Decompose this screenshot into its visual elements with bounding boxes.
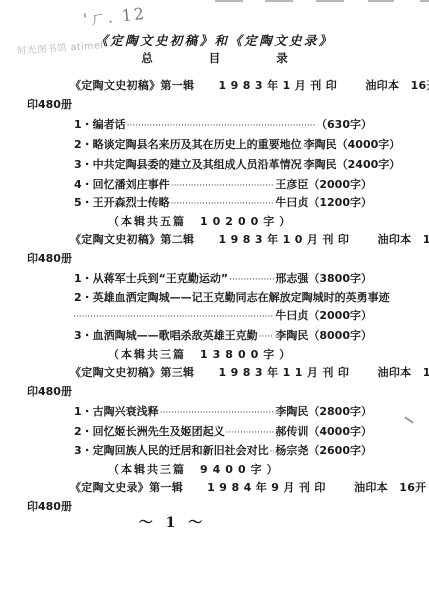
- section-print-run: 印480册: [27, 383, 72, 399]
- toc-entry: 3・定陶回族人民的迁居和新旧社会对比 杨宗尧 （2600字）: [74, 442, 372, 458]
- leader-dots: [226, 428, 275, 438]
- section-total: （本辑共三篇13800字）: [108, 346, 295, 362]
- toc-entry: 2・回忆姬长洲先生及姬团起义 郝传训 （4000字）: [74, 423, 372, 439]
- section-name: 《定陶文史初稿》第二辑: [70, 233, 194, 246]
- toc-entry: 1・从蒋军士兵到“王克勤运动” 邢志强 （3800字）: [74, 270, 372, 286]
- entry-word-count: （4000字）: [337, 136, 401, 152]
- entry-author: 李陶民: [304, 156, 337, 172]
- toc-entry: 5・王开森烈士传略 牛曰贞 （1200字）: [74, 194, 372, 210]
- section-name: 《定陶文史录》第一辑: [70, 481, 183, 494]
- entry-word-count: （2600字）: [308, 442, 372, 458]
- entry-word-count: （2800字）: [308, 403, 372, 419]
- section-date: 1984年9月刊印: [207, 481, 330, 494]
- leader-dots: [73, 312, 274, 322]
- entry-word-count: （8000字）: [308, 327, 372, 343]
- leader-dots: [270, 447, 275, 457]
- page-number: ～ 1 ～: [0, 512, 429, 532]
- handwritten-note: 'ㄏ. 12: [82, 1, 147, 30]
- entry-author: 牛曰贞: [275, 307, 308, 323]
- section-format: 油印本 16开: [378, 233, 429, 246]
- subtitle-char: 目: [209, 51, 221, 65]
- leader-dots: [171, 181, 275, 191]
- entry-author: 李陶民: [275, 403, 308, 419]
- section-print-run: 印480册: [27, 250, 72, 266]
- scan-scratch-mark: [404, 416, 413, 423]
- toc-entry: 3・血洒陶城——歌唱杀敌英雄王克勤 李陶民 （8000字）: [74, 327, 372, 343]
- entry-word-count: （2000字）: [308, 176, 372, 192]
- leader-dots: [229, 275, 274, 285]
- entry-author: 李陶民: [304, 136, 337, 152]
- leader-dots: [160, 408, 275, 418]
- entry-word-count: （630字）: [316, 116, 372, 132]
- toc-entry: 1・编者话 （630字）: [74, 116, 372, 132]
- section-header: 《定陶文史初稿》第二辑 1983年10月刊印 油印本 16开: [70, 231, 429, 247]
- entry-author: 邢志强: [275, 270, 308, 286]
- section-print-run: 印480册: [27, 96, 72, 112]
- toc-entry: 4・回忆潘刘庄事件 王彦臣 （2000字）: [74, 176, 372, 192]
- toc-entry: 3・中共定陶县委的建立及其组成人员沿革情况 李陶民 （2400字）: [74, 156, 372, 172]
- section-format: 油印本 16开: [354, 481, 426, 494]
- leader-dots: [127, 121, 315, 131]
- entry-author: 李陶民: [275, 327, 308, 343]
- section-date: 1983年1月刊印: [218, 79, 341, 92]
- entry-author: 王彦臣: [275, 176, 308, 192]
- toc-entry-continuation: 牛曰贞 （2000字）: [72, 307, 372, 323]
- entry-word-count: （1200字）: [308, 194, 372, 210]
- section-header: 《定陶文史初稿》第一辑 1983年1月刊印 油印本 16开: [70, 77, 429, 93]
- toc-entry-title-line: 2・英雄血洒定陶城——记王克勤同志在解放定陶城时的英勇事迹: [74, 289, 390, 305]
- subtitle-char: 总: [141, 51, 153, 65]
- section-total: （本辑共五篇10200字）: [108, 213, 295, 229]
- section-name: 《定陶文史初稿》第一辑: [70, 79, 194, 92]
- section-date: 1983年10月刊印: [218, 233, 353, 246]
- leader-dots: [171, 199, 275, 209]
- entry-author: 杨宗尧: [275, 442, 308, 458]
- toc-entry: 1・古陶兴衰浅释 李陶民 （2800字）: [74, 403, 372, 419]
- entry-word-count: （3800字）: [308, 270, 372, 286]
- toc-entry: 2・略谈定陶县名来历及其在历史上的重要地位 李陶民 （4000字）: [74, 136, 372, 152]
- leader-dots: [259, 332, 275, 342]
- subtitle-char: 录: [276, 51, 288, 65]
- section-name: 《定陶文史初稿》第三辑: [70, 366, 194, 379]
- section-date: 1983年11月刊印: [218, 366, 353, 379]
- document-title: 《定陶文史初稿》和《定陶文史录》: [0, 31, 429, 49]
- entry-author: 牛曰贞: [275, 194, 308, 210]
- entry-author: 郝传训: [275, 423, 308, 439]
- section-total: （本辑共三篇9400字）: [108, 461, 283, 477]
- section-format: 油印本 16开: [365, 79, 429, 92]
- entry-word-count: （4000字）: [308, 423, 372, 439]
- scan-edge-marks: [0, 0, 429, 5]
- entry-word-count: （2000字）: [308, 307, 372, 323]
- section-header: 《定陶文史录》第一辑 1984年9月刊印 油印本 16开: [70, 479, 426, 495]
- entry-word-count: （2400字）: [337, 156, 401, 172]
- document-subtitle: 总 目 录: [0, 50, 429, 66]
- section-format: 油印本 16开: [378, 366, 429, 379]
- section-header: 《定陶文史初稿》第三辑 1983年11月刊印 油印本 16开: [70, 364, 429, 380]
